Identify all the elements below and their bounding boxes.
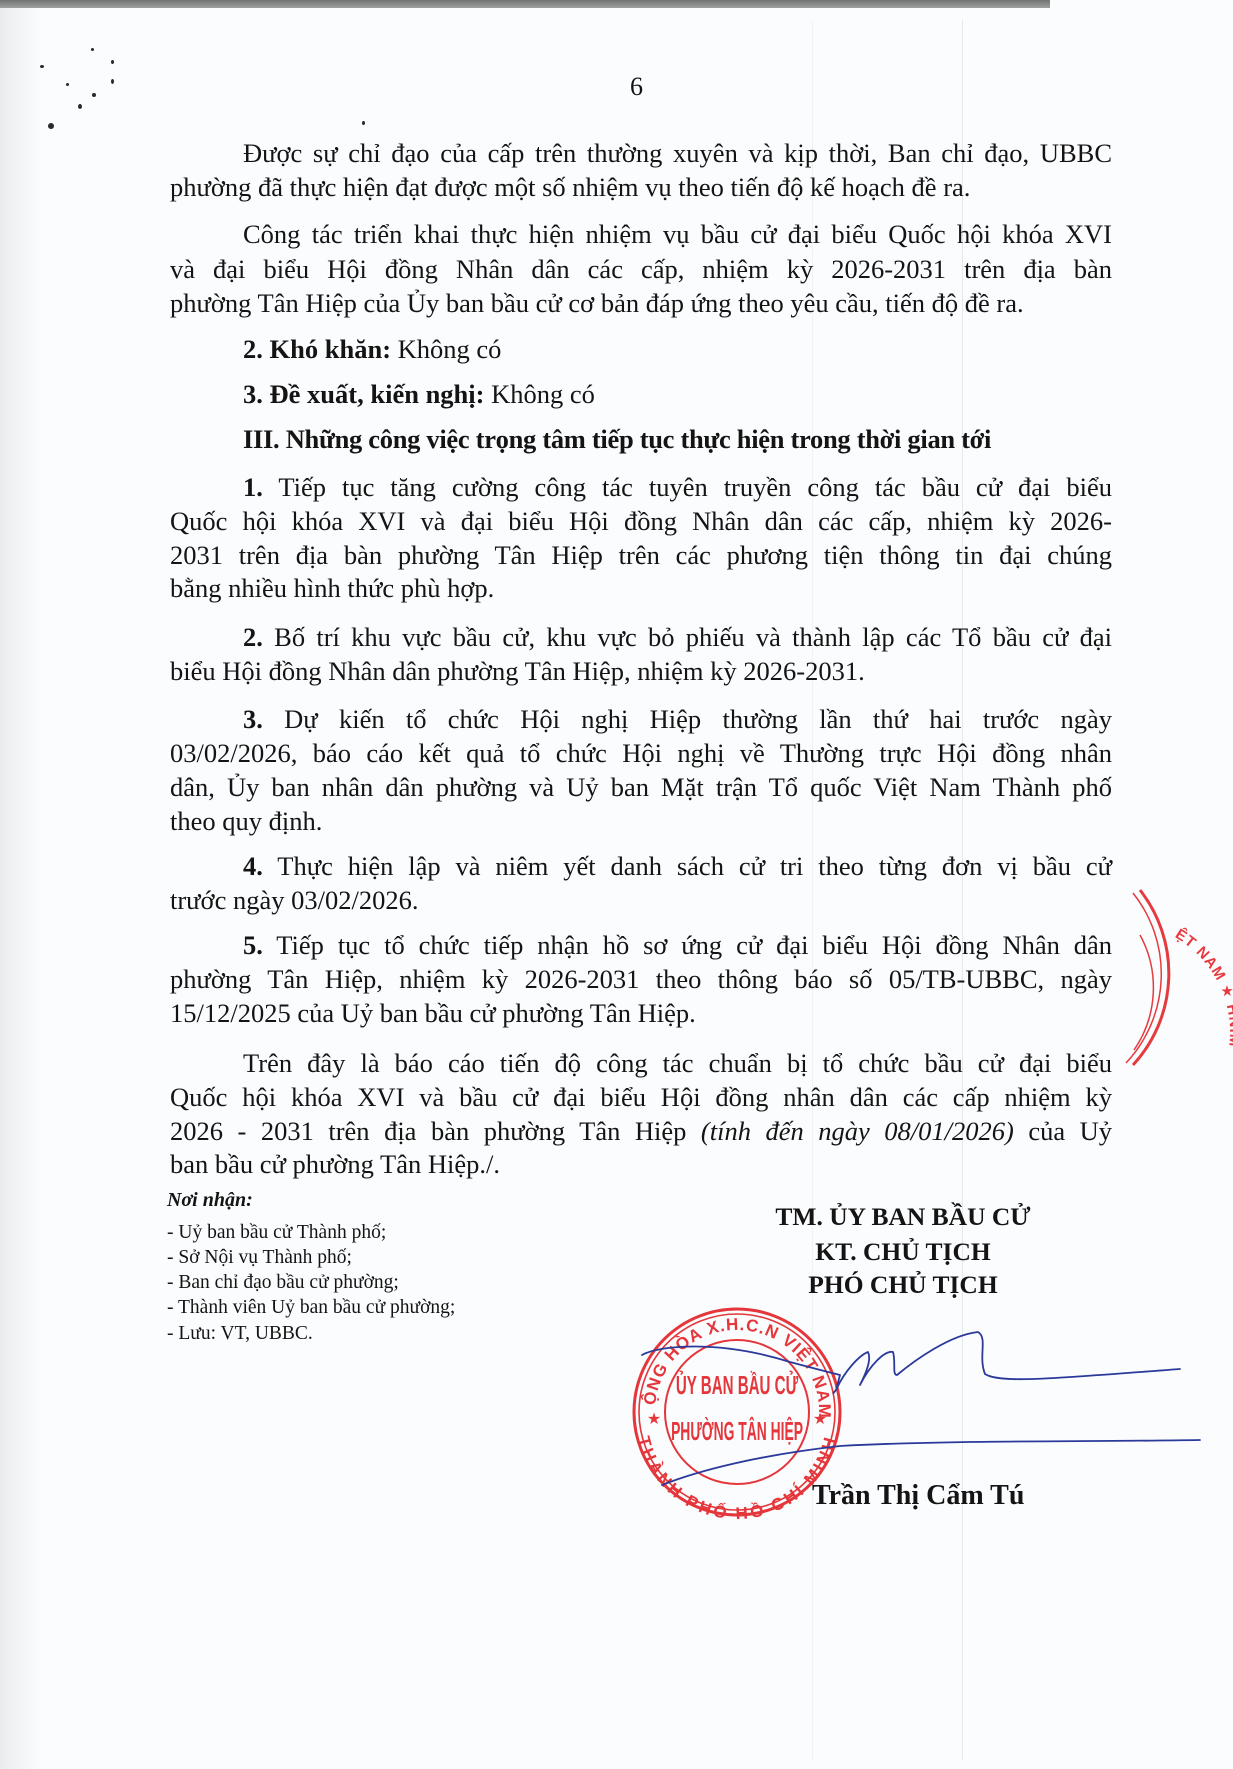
seal-star-icon: ★: [813, 1409, 827, 1428]
seal-inner-line1: ỦY BAN BẦU CỬ: [676, 1369, 798, 1400]
seal-inner-line2: PHƯỜNG TÂN HIỆP: [671, 1416, 803, 1446]
svg-text:ỆT NAM ★ HNIM: ỆT NAM ★ HNIM: [1172, 925, 1233, 1048]
seal-star-icon: ★: [647, 1409, 661, 1428]
seal-and-signature-layer: CỘNG HÒA X.H.C.N VIỆT NAM THÀNH PHỐ HỒ C…: [0, 0, 1233, 1769]
svg-text:CỘNG HÒA X.H.C.N VIỆT NAM: CỘNG HÒA X.H.C.N VIỆT NAM: [0, 0, 834, 1419]
seal-outer-bottom-text: THÀNH PHỐ HỒ CHÍ MINH: [634, 1434, 840, 1523]
edge-seal-text: ỆT NAM ★ HNIM: [1172, 925, 1233, 1048]
signer-name: Trần Thị Cẩm Tú: [812, 1480, 1024, 1512]
seal-outer-top-text: CỘNG HÒA X.H.C.N VIỆT NAM: [0, 0, 834, 1419]
official-seal: CỘNG HÒA X.H.C.N VIỆT NAM THÀNH PHỐ HỒ C…: [0, 0, 840, 1523]
svg-text:THÀNH PHỐ HỒ CHÍ MINH: THÀNH PHỐ HỒ CHÍ MINH: [634, 1434, 840, 1523]
edge-seal-fragment: ỆT NAM ★ HNIM: [1126, 890, 1233, 1065]
handwritten-signature: [642, 1332, 1200, 1485]
